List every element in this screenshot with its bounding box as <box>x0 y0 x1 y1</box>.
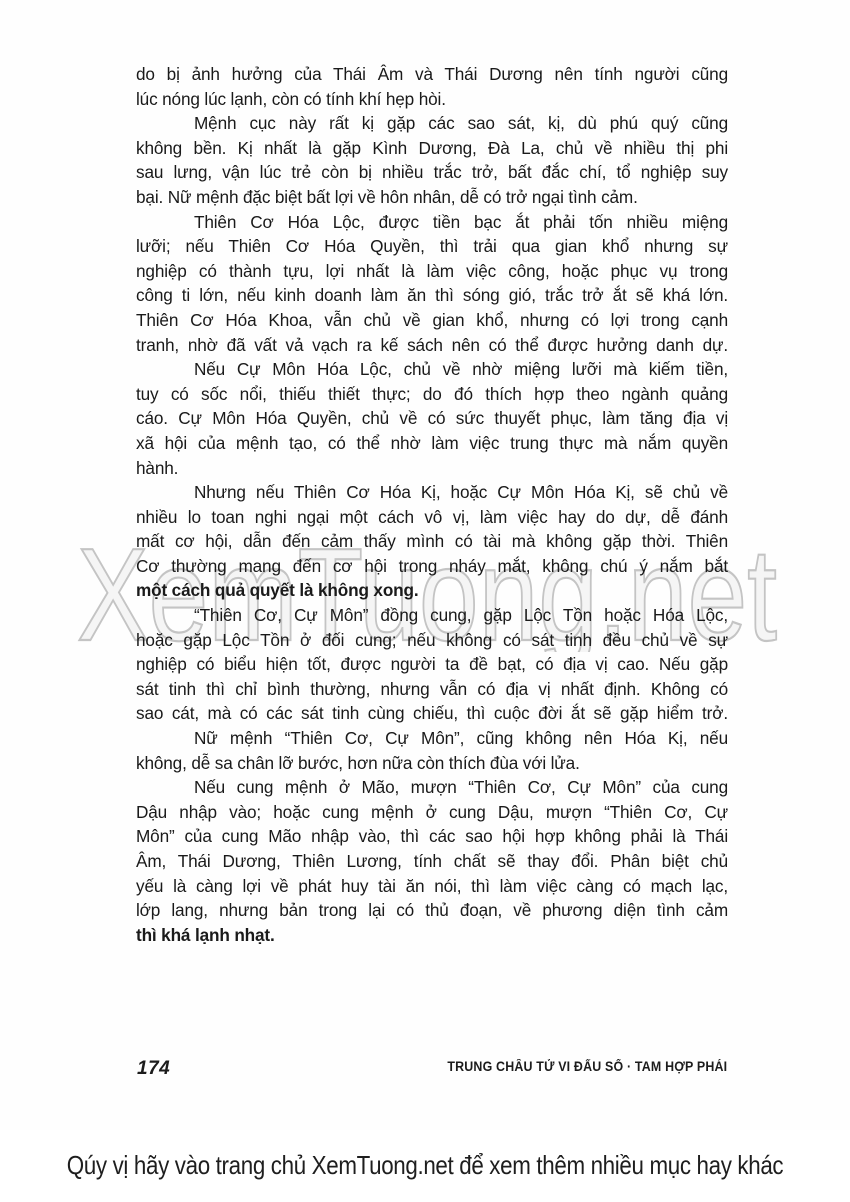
text-line: Nếu Cự Môn Hóa Lộc, chủ về nhờ miệng lưỡ… <box>136 357 728 382</box>
text-line: tuy có sốc nổi, thiếu thiết thực; do đó … <box>136 382 728 407</box>
text-line: Thiên Cơ Hóa Lộc, được tiền bạc ắt phải … <box>136 210 728 235</box>
text-line: sát tinh thì chỉ bình thường, nhưng vẫn … <box>136 677 728 702</box>
text-line: công ti lớn, nếu kinh doanh làm ăn thì s… <box>136 283 728 308</box>
text-line: sau lưng, vận lúc trẻ còn bị nhiều trắc … <box>136 160 728 185</box>
text-line: do bị ảnh hưởng của Thái Âm và Thái Dươn… <box>136 62 728 87</box>
text-line: lớp lang, nhưng bản trong lại có thủ đoạ… <box>136 898 728 923</box>
text-line: yếu là càng lợi về phát huy tài ăn nói, … <box>136 874 728 899</box>
text-line: Âm, Thái Dương, Thiên Lương, tính chất s… <box>136 849 728 874</box>
text-line: bại. Nữ mệnh đặc biệt bất lợi về hôn nhâ… <box>136 185 728 210</box>
text-line: thì khá lạnh nhạt. <box>136 923 728 948</box>
text-line: Nữ mệnh “Thiên Cơ, Cự Môn”, cũng không n… <box>136 726 728 751</box>
text-line: lưỡi; nếu Thiên Cơ Hóa Quyền, thì trải q… <box>136 234 728 259</box>
text-line: một cách quả quyết là không xong. <box>136 578 728 603</box>
text-line: nghiệp có biểu hiện tốt, được người ta đ… <box>136 652 728 677</box>
paragraph-7: Nữ mệnh “Thiên Cơ, Cự Môn”, cũng không n… <box>136 726 728 775</box>
text-line: sao cát, mà có các sát tinh cùng chiếu, … <box>136 701 728 726</box>
text-line: Môn” của cung Mão nhập vào, thì các sao … <box>136 824 728 849</box>
text-line: không, dễ sa chân lỡ bước, hơn nữa còn t… <box>136 751 728 776</box>
running-title: TRUNG CHÂU TỬ VI ĐẨU SỐ · TAM HỢP PHÁI <box>447 1059 727 1074</box>
paragraph-6: “Thiên Cơ, Cự Môn” đồng cung, gặp Lộc Tồ… <box>136 603 728 726</box>
text-line: Thiên Cơ Hóa Khoa, vẫn chủ về gian khổ, … <box>136 308 728 333</box>
text-line: nhiều lo toan nghi ngại một cách vô vị, … <box>136 505 728 530</box>
text-line: hoặc gặp Lộc Tồn ở đối cung; nếu không c… <box>136 628 728 653</box>
text-line: không bền. Kị nhất là gặp Kình Dương, Đà… <box>136 136 728 161</box>
text-line: tranh, nhờ đã vất vả vạch ra kế sách nên… <box>136 333 728 358</box>
text-line: Nếu cung mệnh ở Mão, mượn “Thiên Cơ, Cự … <box>136 775 728 800</box>
book-page: XemTuong.net do bị ảnh hưởng của Thái Âm… <box>0 0 850 1130</box>
page-footer: 174 TRUNG CHÂU TỬ VI ĐẨU SỐ · TAM HỢP PH… <box>137 1054 727 1084</box>
paragraph-4: Nếu Cự Môn Hóa Lộc, chủ về nhờ miệng lưỡ… <box>136 357 728 480</box>
paragraph-5: Nhưng nếu Thiên Cơ Hóa Kị, hoặc Cự Môn H… <box>136 480 728 603</box>
paragraph-3: Thiên Cơ Hóa Lộc, được tiền bạc ắt phải … <box>136 210 728 358</box>
page-number: 174 <box>137 1058 170 1080</box>
text-line: Mệnh cục này rất kị gặp các sao sát, kị,… <box>136 111 728 136</box>
paragraph-2: Mệnh cục này rất kị gặp các sao sát, kị,… <box>136 111 728 209</box>
text-line: Cơ thường mang đến cơ hội trong nháy mắt… <box>136 554 728 579</box>
site-banner: Qúy vị hãy vào trang chủ XemTuong.net để… <box>60 1150 791 1181</box>
text-line: “Thiên Cơ, Cự Môn” đồng cung, gặp Lộc Tồ… <box>136 603 728 628</box>
text-line: mất cơ hội, dẫn đến cảm thấy mình có tài… <box>136 529 728 554</box>
text-line: xã hội của mệnh tạo, có thể nhờ làm việc… <box>136 431 728 456</box>
text-line: nghiệp có thành tựu, lợi nhất là làm việ… <box>136 259 728 284</box>
text-line: lúc nóng lúc lạnh, còn có tính khí hẹp h… <box>136 87 728 112</box>
text-line: Dậu nhập vào; hoặc cung mệnh ở cung Dậu,… <box>136 800 728 825</box>
text-line: hành. <box>136 456 728 481</box>
body-text: do bị ảnh hưởng của Thái Âm và Thái Dươn… <box>136 62 728 947</box>
text-line: Nhưng nếu Thiên Cơ Hóa Kị, hoặc Cự Môn H… <box>136 480 728 505</box>
paragraph-8: Nếu cung mệnh ở Mão, mượn “Thiên Cơ, Cự … <box>136 775 728 947</box>
text-line: cáo. Cự Môn Hóa Quyền, chủ về có sức thu… <box>136 406 728 431</box>
paragraph-1: do bị ảnh hưởng của Thái Âm và Thái Dươn… <box>136 62 728 111</box>
